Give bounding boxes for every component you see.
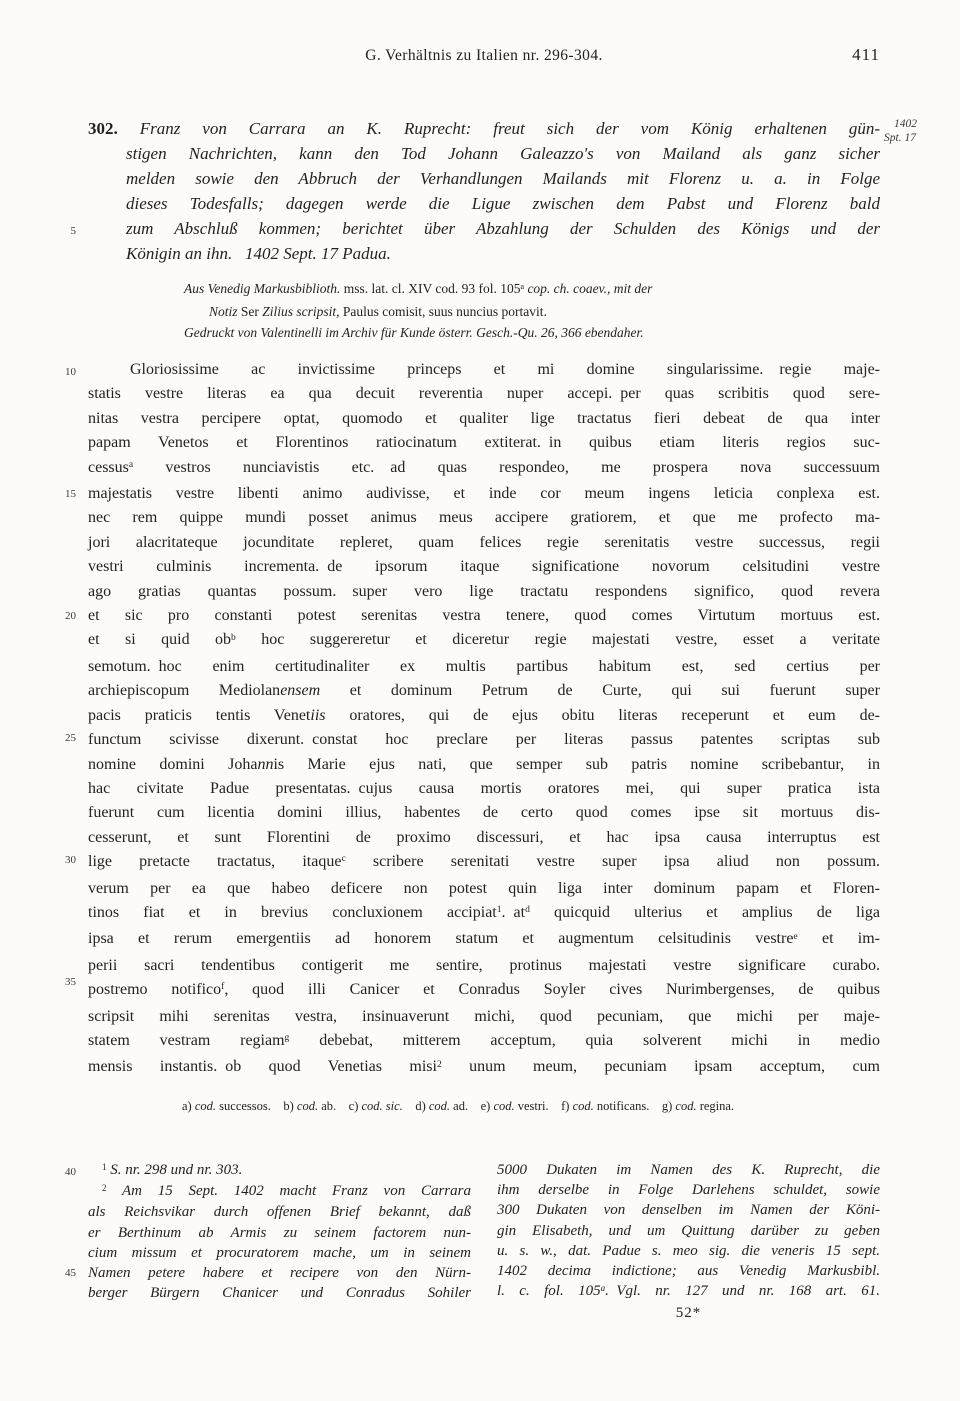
text-line: u. s. w., dat. Padue s. meo sig. die ven… xyxy=(497,1241,880,1261)
regest: 302. Franz von Carrara an K. Ruprecht: f… xyxy=(88,116,880,266)
margin-date-year: 1402 xyxy=(884,117,956,131)
text-line: melden sowie den Abbruch der Verhandlung… xyxy=(88,166,880,191)
text-line: jori alacritateque jocunditate repleret,… xyxy=(88,531,880,555)
line-number-15: 15 xyxy=(48,488,76,500)
text-line: 2 Am 15 Sept. 1402 macht Franz von Carra… xyxy=(88,1181,471,1202)
text-line: tinos fiat et in brevius concluxionem ac… xyxy=(88,901,880,927)
text-line: gin Elisabeth, und um Quittung darüber z… xyxy=(497,1221,880,1241)
source-note: Aus Venedig Markusbiblioth. mss. lat. cl… xyxy=(184,278,832,343)
text-line: majestatis vestre libenti animo audiviss… xyxy=(88,482,880,506)
text-line: statis vestre literas ea qua decuit reve… xyxy=(88,382,880,406)
page-number: 411 xyxy=(800,45,880,65)
text-line: Gloriosissime ac invictissime princeps e… xyxy=(88,358,880,382)
text-line: Notiz Ser Zilius scripsit, Paulus comisi… xyxy=(184,301,832,322)
book-page: G. Verhältnis zu Italien nr. 296-304. 41… xyxy=(0,0,960,1401)
line-number-25: 25 xyxy=(48,732,76,744)
text-line: statem vestram regiamg debebat, mitterem… xyxy=(88,1029,880,1055)
text-line: nomine domini Johannis Marie ejus nati, … xyxy=(88,753,880,777)
text-line: 302. Franz von Carrara an K. Ruprecht: f… xyxy=(88,116,880,141)
text-line: functum scivisse dixerunt. constat hoc p… xyxy=(88,728,880,752)
text-line: Aus Venedig Markusbiblioth. mss. lat. cl… xyxy=(184,278,832,301)
line-number-10: 10 xyxy=(48,366,76,378)
footnotes: 1 S. nr. 298 und nr. 303.2 Am 15 Sept. 1… xyxy=(88,1160,880,1324)
text-line: cesserunt, et sunt Florentini de proximo… xyxy=(88,826,880,850)
text-line: Königin an ihn. 1402 Sept. 17 Padua. xyxy=(88,241,880,266)
text-line: postremo notificof, quod illi Canicer et… xyxy=(88,978,880,1004)
text-line: 1402 decima indictione; aus Venedig Mark… xyxy=(497,1261,880,1281)
text-line: papam Venetos et Florentinos ratiocinatu… xyxy=(88,431,880,455)
text-line: verum per ea que habeo deficere non pote… xyxy=(88,877,880,901)
line-number-45: 45 xyxy=(48,1267,76,1279)
text-line: a) cod. successos. b) cod. ab. c) cod. s… xyxy=(182,1098,830,1114)
document-body: Gloriosissime ac invictissime princeps e… xyxy=(88,358,880,1082)
signature-mark: 52* xyxy=(497,1303,880,1323)
text-line: lige pretacte tractatus, itaquec scriber… xyxy=(88,850,880,876)
text-line: l. c. fol. 105a. Vgl. nr. 127 und nr. 16… xyxy=(497,1281,880,1302)
text-line: 5000 Dukaten im Namen des K. Ruprecht, d… xyxy=(497,1160,880,1180)
text-line: er Berthinum ab Armis zu seinem factorem… xyxy=(88,1223,471,1243)
footnotes-left-column: 1 S. nr. 298 und nr. 303.2 Am 15 Sept. 1… xyxy=(88,1160,471,1324)
line-number-40: 40 xyxy=(48,1166,76,1178)
text-line: et si quid obb hoc suggereretur et dicer… xyxy=(88,628,880,654)
text-line: scripsit mihi serenitas vestra, insinuav… xyxy=(88,1005,880,1029)
text-line: et sic pro constanti potest serenitas ve… xyxy=(88,604,880,628)
text-line: stigen Nachrichten, kann den Tod Johann … xyxy=(88,141,880,166)
footnotes-right-column: 5000 Dukaten im Namen des K. Ruprecht, d… xyxy=(497,1160,880,1324)
running-header: G. Verhältnis zu Italien nr. 296-304. xyxy=(88,47,880,65)
line-number-30: 30 xyxy=(48,854,76,866)
line-number-20: 20 xyxy=(48,610,76,622)
text-line: zum Abschluß kommen; berichtet über Abza… xyxy=(88,216,880,241)
text-line: ipsa et rerum emergentiis ad honorem sta… xyxy=(88,927,880,953)
text-line: vestri culminis incrementa. de ipsorum i… xyxy=(88,555,880,579)
text-line: als Reichsvikar durch offenen Brief beka… xyxy=(88,1202,471,1222)
footnotes-right-lines: 5000 Dukaten im Namen des K. Ruprecht, d… xyxy=(497,1160,880,1302)
text-line: cium missum et procuratorem mache, um in… xyxy=(88,1243,471,1263)
text-line: fuerunt cum licentia domini illius, habe… xyxy=(88,801,880,825)
text-line: nec rem quippe mundi posset animus meus … xyxy=(88,506,880,530)
text-line: ago gratias quantas possum. super vero l… xyxy=(88,580,880,604)
margin-date-day: Spt. 17 xyxy=(884,131,956,145)
text-line: archiepiscopum Mediolanensem et dominum … xyxy=(88,679,880,703)
line-number-35: 35 xyxy=(48,976,76,988)
text-line: semotum. hoc enim certitudinaliter ex mu… xyxy=(88,655,880,679)
text-line: 300 Dukaten von denselben im Namen der K… xyxy=(497,1200,880,1220)
text-line: mensis instantis. ob quod Venetias misi2… xyxy=(88,1055,880,1081)
text-line: pacis praticis tentis Venetiis oratores,… xyxy=(88,704,880,728)
line-number-5: 5 xyxy=(48,225,76,237)
text-line: 1 S. nr. 298 und nr. 303. xyxy=(88,1160,471,1181)
text-line: Namen petere habere et recipere von den … xyxy=(88,1263,471,1283)
text-line: nitas vestra percipere optat, quomodo et… xyxy=(88,407,880,431)
text-line: perii sacri tendentibus contigerit me se… xyxy=(88,954,880,978)
text-line: cessusa vestros nunciavistis etc. ad qua… xyxy=(88,456,880,482)
text-line: berger Bürgern Chanicer und Conradus Soh… xyxy=(88,1283,471,1303)
apparatus-notes: a) cod. successos. b) cod. ab. c) cod. s… xyxy=(182,1098,830,1114)
text-line: ihm derselbe in Folge Darlehens schuldet… xyxy=(497,1180,880,1200)
text-line: hac civitate Padue presentatas. cujus ca… xyxy=(88,777,880,801)
text-line: dieses Todesfalls; dagegen werde die Lig… xyxy=(88,191,880,216)
margin-date: 1402 Spt. 17 xyxy=(884,117,956,145)
text-line: Gedruckt von Valentinelli im Archiv für … xyxy=(184,322,832,343)
